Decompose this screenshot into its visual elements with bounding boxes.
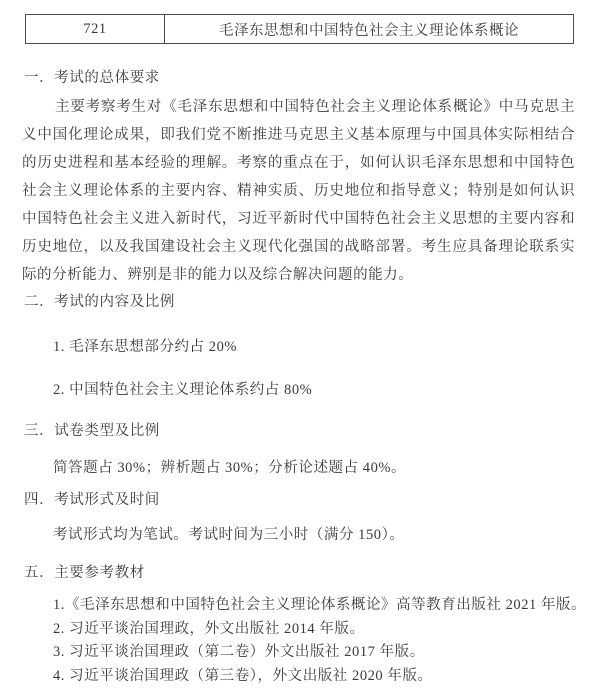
section-heading-references: 五．主要参考教材	[24, 562, 575, 584]
content-ratio-item-socialism: 2. 中国特色社会主义理论体系约占 80%	[53, 379, 575, 401]
section-heading-overall-requirements: 一．考试的总体要求	[24, 67, 575, 89]
course-code-cell: 721	[26, 15, 165, 44]
section-heading-paper-type: 三．试卷类型及比例	[24, 420, 575, 442]
course-header-row: 721 毛泽东思想和中国特色社会主义理论体系概论	[26, 15, 574, 44]
format-time-line: 考试形式均为笔试。考试时间为三小时（满分 150）。	[53, 524, 575, 546]
content-ratio-item-mao: 1. 毛泽东思想部分约占 20%	[53, 336, 575, 358]
reference-item-textbook-2021: 1.《毛泽东思想和中国特色社会主义理论体系概论》高等教育出版社 2021 年版。	[53, 594, 575, 618]
section-heading-format-time: 四．考试形式及时间	[24, 489, 575, 511]
course-title-cell: 毛泽东思想和中国特色社会主义理论体系概论	[165, 15, 574, 44]
reference-list: 1.《毛泽东思想和中国特色社会主义理论体系概论》高等教育出版社 2021 年版。…	[53, 594, 575, 688]
reference-item-governance-vol2-2017: 3. 习近平谈治国理政（第二卷）外文出版社 2017 年版。	[53, 641, 575, 665]
document-page: 721 毛泽东思想和中国特色社会主义理论体系概论 一．考试的总体要求 主要考察考…	[0, 0, 598, 695]
reference-item-governance-2014: 2. 习近平谈治国理政，外文出版社 2014 年版。	[53, 618, 575, 642]
paper-type-ratio-line: 简答题占 30%；辨析题占 30%；分析论述题占 40%。	[53, 457, 575, 479]
section-heading-content-ratio: 二．考试的内容及比例	[24, 291, 575, 313]
overall-requirements-paragraph: 主要考察考生对《毛泽东思想和中国特色社会主义理论体系概论》中马克思主义中国化理论…	[22, 93, 575, 289]
reference-item-governance-vol3-2020: 4. 习近平谈治国理政（第三卷），外文出版社 2020 年版。	[53, 665, 575, 689]
course-header-table: 721 毛泽东思想和中国特色社会主义理论体系概论	[25, 14, 574, 44]
